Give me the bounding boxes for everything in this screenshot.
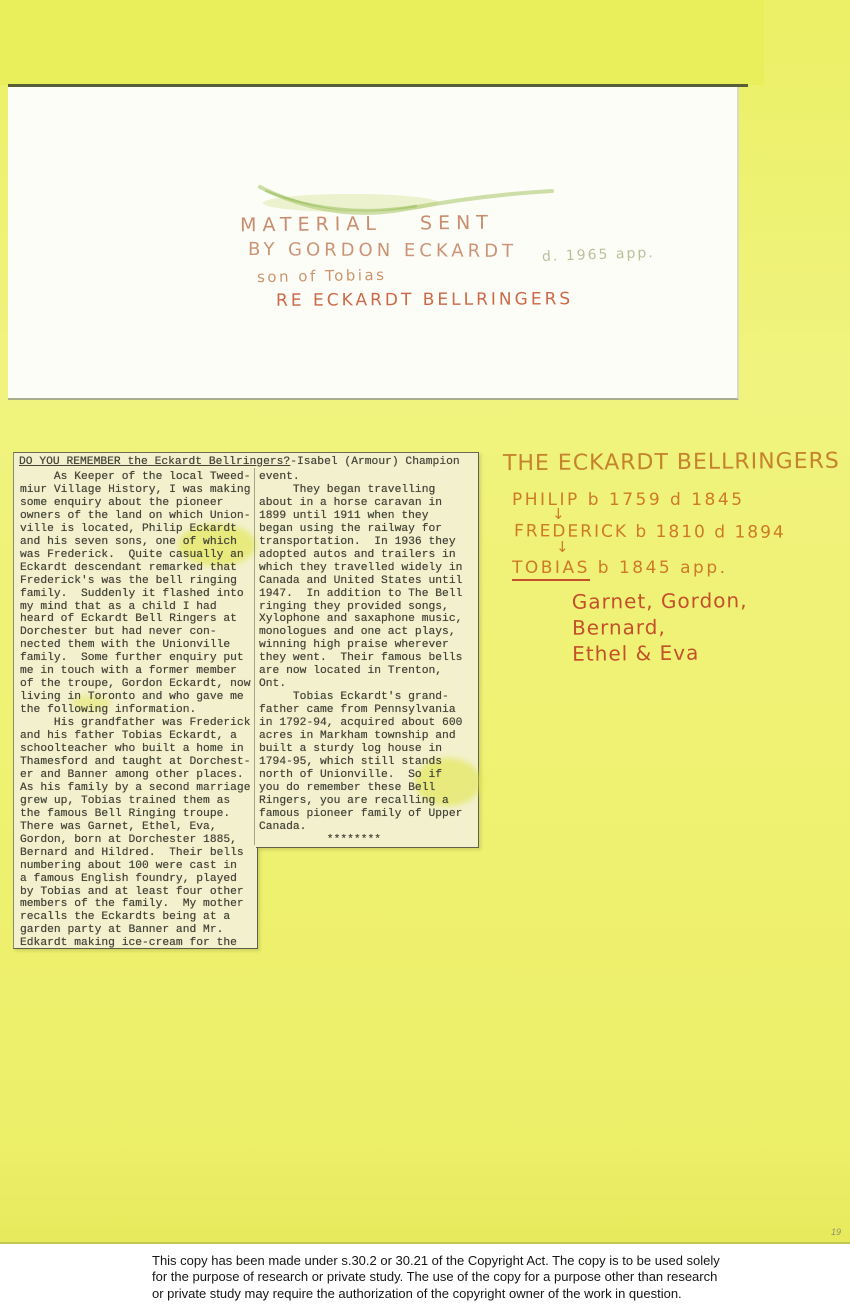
copyright-notice: This copy has been made under s.30.2 or … (152, 1253, 756, 1302)
tobias-dates: b 1845 app. (590, 558, 728, 578)
tobias-underlined: TOBIAS (512, 558, 590, 581)
down-arrow-icon: ↓ (552, 505, 565, 523)
page-top-band (0, 0, 764, 85)
clipping-border-segment (256, 847, 478, 848)
clipping-byline: -Isabel (Armour) Champion (290, 456, 459, 468)
envelope-note-line3: son of Tobias (257, 266, 387, 286)
headline-part1: DO YOU REMEMBER (19, 456, 121, 468)
envelope-note-line2: BY GORDON ECKARDT (248, 239, 517, 262)
clipping-column-1: As Keeper of the local Tweed- miur Villa… (20, 471, 253, 950)
page-number-mark: 19 (831, 1227, 841, 1237)
scanned-page: MATERIAL SENT BY GORDON ECKARDT d. 1965 … (0, 0, 850, 1244)
column-divider (254, 468, 255, 845)
generation-frederick: FREDERICK b 1810 d 1894 (514, 521, 786, 542)
clipping-headline: DO YOU REMEMBER the Eckardt Bellringers?… (19, 456, 460, 469)
generation-tobias: TOBIAS b 1845 app. (512, 558, 728, 578)
envelope-pencil-note: d. 1965 app. (542, 245, 655, 265)
children-names: Garnet, Gordon, Bernard, Ethel & Eva (572, 587, 748, 667)
envelope: MATERIAL SENT BY GORDON ECKARDT d. 1965 … (8, 87, 739, 400)
envelope-note-line4: RE ECKARDT BELLRINGERS (276, 289, 573, 311)
newspaper-clipping: DO YOU REMEMBER the Eckardt Bellringers?… (13, 452, 479, 950)
generation-philip: PHILIP b 1759 d 1845 (512, 490, 745, 510)
clipping-column-2: event. They began travelling about in a … (259, 471, 477, 847)
envelope-note-line1: MATERIAL SENT (240, 212, 494, 237)
headline-part2: the Eckardt Bellringers? (121, 456, 290, 468)
notes-title: THE ECKARDT BELLRINGERS (503, 449, 840, 476)
down-arrow-icon: ↓ (556, 538, 569, 556)
